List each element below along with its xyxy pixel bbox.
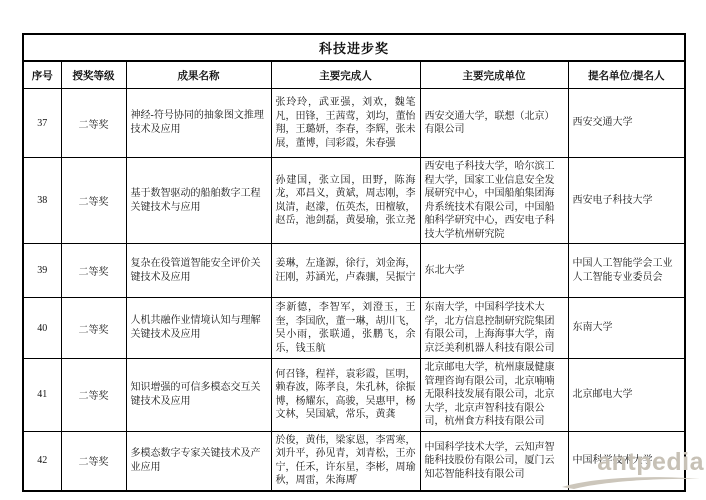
cell-nominator: 东南大学 (568, 298, 685, 359)
award-table: 科技进步奖 序号 授奖等级 成果名称 主要完成人 主要完成单位 提名单位/提名人… (22, 33, 686, 492)
cell-people: 姜琳，左逢源，徐行，刘金海，汪刚，苏涵光，卢森骧，吴振宁 (271, 244, 420, 298)
cell-serial: 37 (23, 89, 61, 158)
section-title: 科技进步奖 (23, 34, 685, 61)
cell-achievement: 多模态数字专家关键技术及产业应用 (126, 431, 271, 491)
cell-achievement: 神经-符号协同的抽象图文推理技术及应用 (126, 89, 271, 158)
cell-people: 孙建国，张立国，田野，陈海龙，邓昌义，黄斌，周志刚，李岚清，赵濛，伍英杰，田檀敏… (271, 158, 420, 244)
document-page: 科技进步奖 序号 授奖等级 成果名称 主要完成人 主要完成单位 提名单位/提名人… (0, 0, 706, 500)
cell-nominator: 中国人工智能学会工业人工智能专业委员会 (568, 244, 685, 298)
column-header-units: 主要完成单位 (420, 61, 568, 89)
table-row: 37 二等奖 神经-符号协同的抽象图文推理技术及应用 张玲玲，武亚强，刘欢，魏笔… (23, 89, 685, 158)
cell-grade: 二等奖 (61, 158, 126, 244)
table-row: 42 二等奖 多模态数字专家关键技术及产业应用 於俊，黄伟，梁家恩，李霄寒，刘升… (23, 431, 685, 491)
column-header-achievement: 成果名称 (126, 61, 271, 89)
cell-achievement: 基于数智驱动的船舶数字工程关键技术与应用 (126, 158, 271, 244)
cell-people: 李新德，李智军，刘澄玉，王奎，李国欣，董一琳，胡川飞，吴小雨，张联通，张鹏飞，余… (271, 298, 420, 359)
cell-achievement: 复杂在役管道智能安全评价关键技术及应用 (126, 244, 271, 298)
cell-grade: 二等奖 (61, 431, 126, 491)
cell-units: 东南大学，中国科学技术大学，北方信息控制研究院集团有限公司，上海海事大学，南京泛… (420, 298, 568, 359)
cell-serial: 39 (23, 244, 61, 298)
page-number: 17 (0, 473, 706, 482)
cell-achievement: 人机共融作业情境认知与理解关键技术及应用 (126, 298, 271, 359)
cell-units: 西安电子科技大学，哈尔滨工程大学，国家工业信息安全发展研究中心，中国船舶集团海舟… (420, 158, 568, 244)
cell-nominator: 北京邮电大学 (568, 359, 685, 432)
table-row: 41 二等奖 知识增强的可信多模态交互关键技术及应用 何召锋，程祥，袁彩霞，匡明… (23, 359, 685, 432)
column-header-people: 主要完成人 (271, 61, 420, 89)
cell-nominator: 西安电子科技大学 (568, 158, 685, 244)
table-row: 39 二等奖 复杂在役管道智能安全评价关键技术及应用 姜琳，左逢源，徐行，刘金海… (23, 244, 685, 298)
table-row: 40 二等奖 人机共融作业情境认知与理解关键技术及应用 李新德，李智军，刘澄玉，… (23, 298, 685, 359)
cell-grade: 二等奖 (61, 298, 126, 359)
cell-serial: 41 (23, 359, 61, 432)
cell-units: 北京邮电大学，杭州康晟健康管理咨询有限公司，北京喃喃无限科技发展有限公司，北京大… (420, 359, 568, 432)
table-header-row: 序号 授奖等级 成果名称 主要完成人 主要完成单位 提名单位/提名人 (23, 61, 685, 89)
cell-units: 西安交通大学，联想（北京）有限公司 (420, 89, 568, 158)
cell-people: 张玲玲，武亚强，刘欢，魏笔凡，田锋，王茜莺，刘均，董怡翔，王璐妍，李春，李辉，张… (271, 89, 420, 158)
cell-grade: 二等奖 (61, 89, 126, 158)
cell-nominator: 中国科学技术大学 (568, 431, 685, 491)
cell-nominator: 西安交通大学 (568, 89, 685, 158)
cell-grade: 二等奖 (61, 244, 126, 298)
cell-grade: 二等奖 (61, 359, 126, 432)
column-header-serial: 序号 (23, 61, 61, 89)
cell-serial: 40 (23, 298, 61, 359)
cell-units: 东北大学 (420, 244, 568, 298)
column-header-nominator: 提名单位/提名人 (568, 61, 685, 89)
cell-achievement: 知识增强的可信多模态交互关键技术及应用 (126, 359, 271, 432)
cell-serial: 38 (23, 158, 61, 244)
cell-people: 於俊，黄伟，梁家恩，李霄寒，刘升平，孙见青，刘青松，王亦宁，任禾，许东星，李彬，… (271, 431, 420, 491)
cell-serial: 42 (23, 431, 61, 491)
table-title-row: 科技进步奖 (23, 34, 685, 61)
cell-units: 中国科学技术大学，云知声智能科技股份有限公司，厦门云知芯智能科技有限公司 (420, 431, 568, 491)
cell-people: 何召锋，程祥，袁彩霞，匡明，赖春波，陈孝良，朱孔林，徐振博，杨耀东，高骏，吴惠甲… (271, 359, 420, 432)
column-header-grade: 授奖等级 (61, 61, 126, 89)
table-row: 38 二等奖 基于数智驱动的船舶数字工程关键技术与应用 孙建国，张立国，田野，陈… (23, 158, 685, 244)
